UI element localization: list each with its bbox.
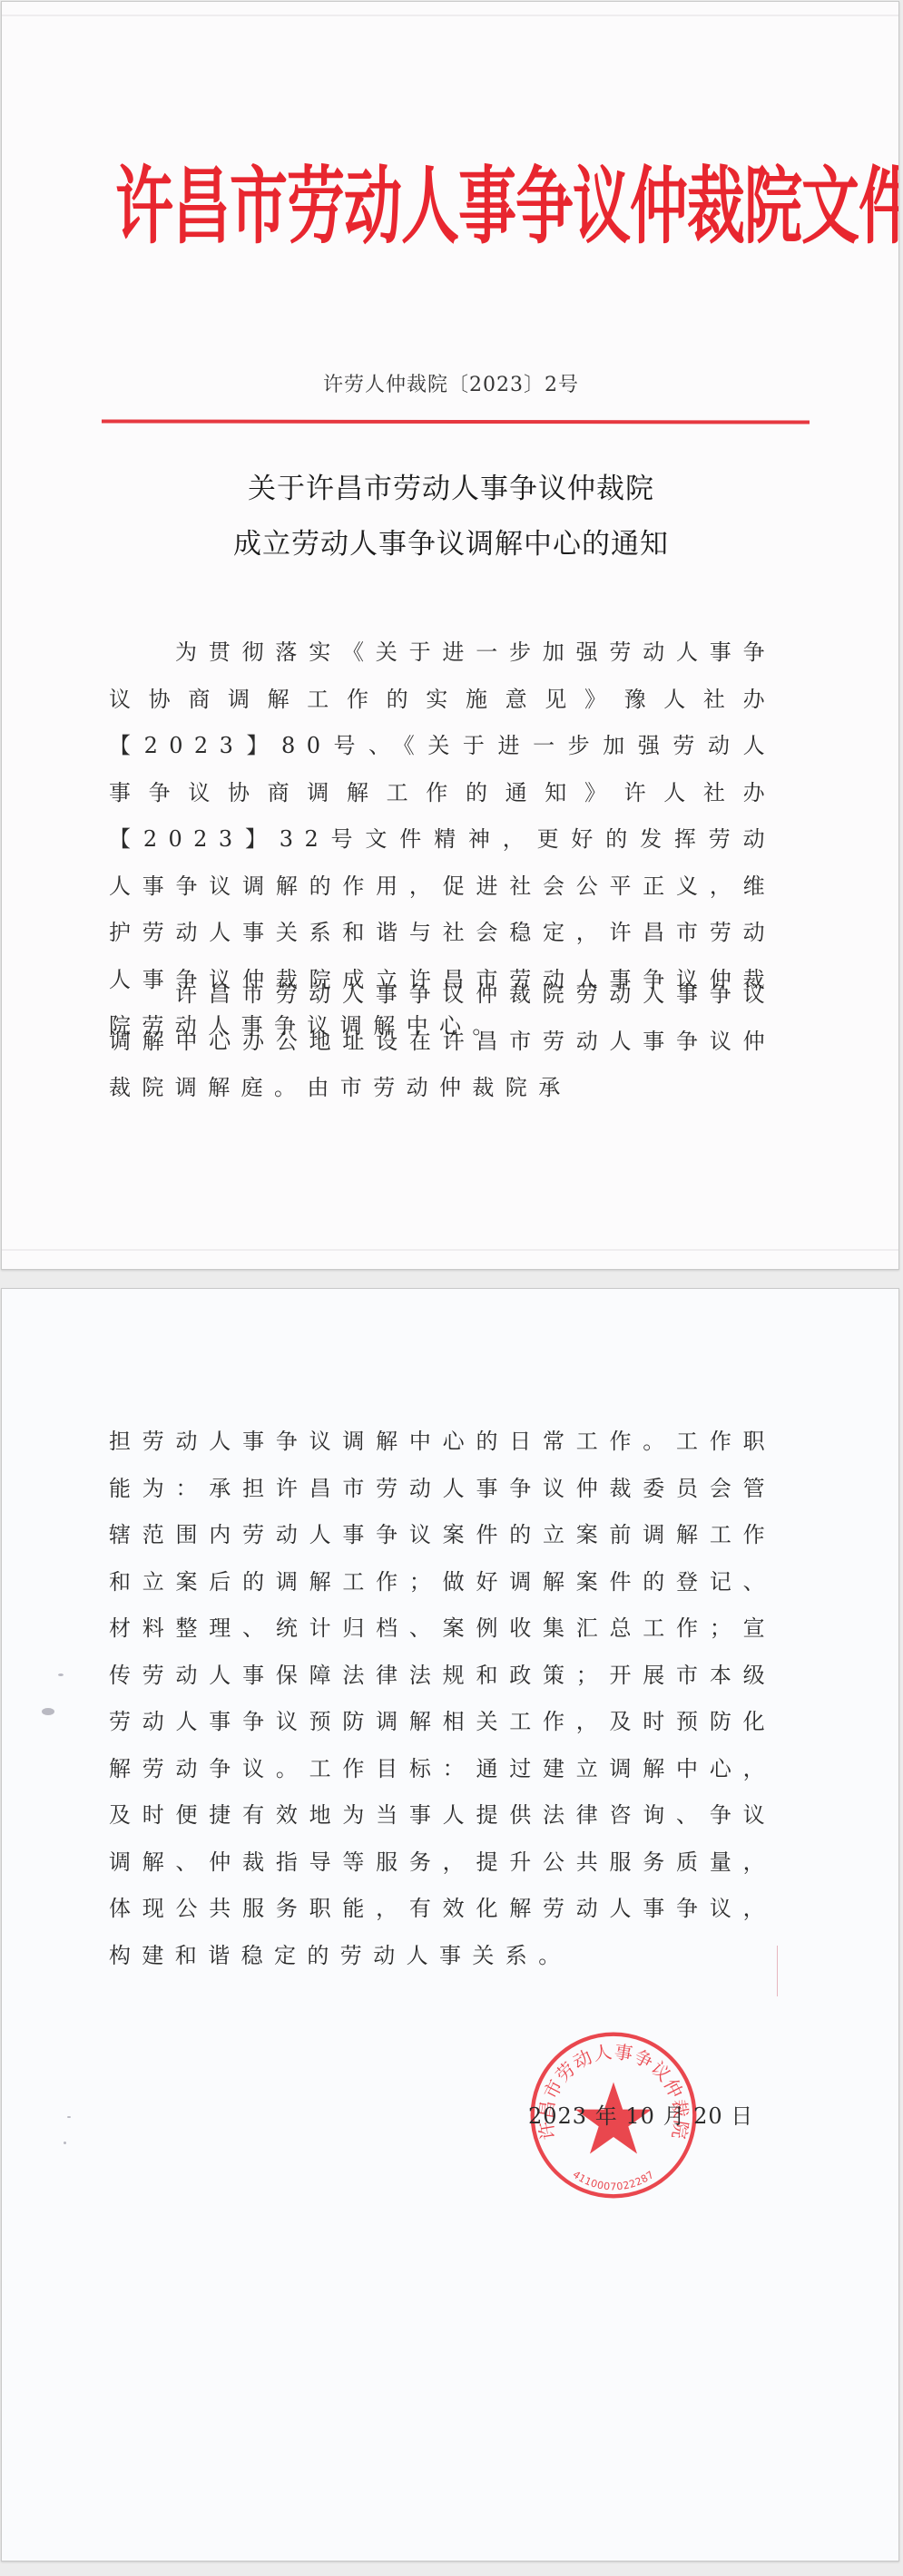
body-paragraph-2-start: 许昌市劳动人事争议仲裁院劳动人事争议调解中心办公地址设在许昌市劳动人事争议仲裁院… [109,971,776,1112]
signature-date: 2023 年 10 月 20 日 [528,2098,753,2130]
paragraph-text: 担劳动人事争议调解中心的日常工作。工作职能为：承担许昌市劳动人事争议仲裁委员会管… [109,1419,776,1979]
scan-speck [67,2116,71,2118]
scan-speck [58,1673,64,1676]
margin-red-mark [777,1946,778,1996]
notice-title-line-2: 成立劳动人事争议调解中心的通知 [2,521,899,561]
scan-artifact [2,1249,898,1251]
body-paragraph-2-continued: 担劳动人事争议调解中心的日常工作。工作职能为：承担许昌市劳动人事争议仲裁委员会管… [109,1419,776,1979]
document-page-1: 许昌市劳动人事争议仲裁院文件 许劳人仲裁院〔2023〕2号 关于许昌市劳动人事争… [1,1,899,1270]
document-page-2: 担劳动人事争议调解中心的日常工作。工作职能为：承担许昌市劳动人事争议仲裁委员会管… [1,1288,899,2561]
document-number: 许劳人仲裁院〔2023〕2号 [2,369,899,397]
issuer-header-title: 许昌市劳动人事争议仲裁院文件 [115,161,796,255]
scan-speck [42,1708,54,1715]
scan-artifact [2,15,898,16]
scan-speck [64,2142,66,2144]
notice-title-line-1: 关于许昌市劳动人事争议仲裁院 [2,465,899,506]
paragraph-text: 许昌市劳动人事争议仲裁院劳动人事争议调解中心办公地址设在许昌市劳动人事争议仲裁院… [109,971,776,1112]
red-separator-line [102,419,810,424]
